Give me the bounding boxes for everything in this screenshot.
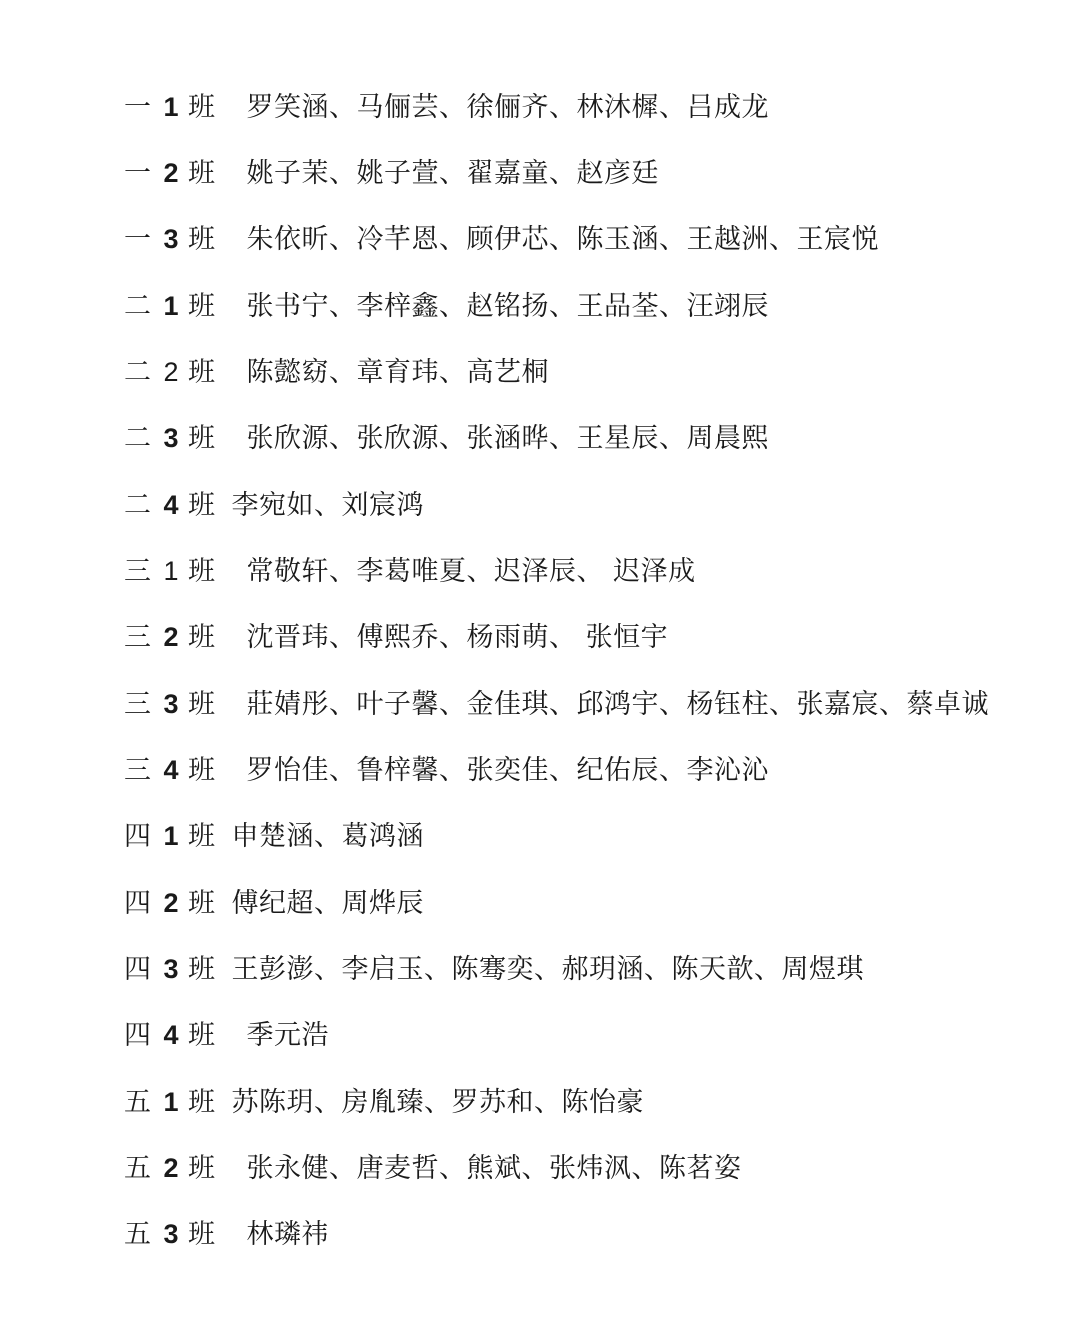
class-label: 三4班 (124, 748, 216, 787)
class-number: 1 (164, 821, 180, 852)
student-names: 张欣源、张欣源、张涵晔、王星辰、周晨熙 (247, 416, 770, 455)
grade: 四 (124, 881, 152, 920)
grade: 五 (124, 1146, 152, 1185)
class-label: 三2班 (124, 615, 216, 654)
class-label: 四4班 (124, 1013, 216, 1052)
class-suffix: 班 (188, 947, 216, 986)
class-suffix: 班 (188, 1013, 216, 1052)
class-number: 1 (164, 1087, 180, 1118)
student-names: 张书宁、李梓鑫、赵铭扬、王品荃、汪翊辰 (247, 284, 770, 323)
roster-row-g2-c3: 二3班 张欣源、张欣源、张涵晔、王星辰、周晨熙 (124, 415, 769, 455)
class-label: 四1班 (124, 814, 216, 853)
class-number: 2 (164, 1153, 180, 1184)
class-number: 3 (164, 423, 180, 454)
class-suffix: 班 (188, 350, 216, 389)
class-suffix: 班 (188, 217, 216, 256)
roster-row-g1-c3: 一3班 朱依昕、冷芊恩、顾伊芯、陈玉涵、王越洲、王宸悦 (124, 216, 879, 256)
class-label: 二3班 (124, 416, 216, 455)
student-names: 常敬轩、李葛唯夏、迟泽辰、 迟泽成 (247, 549, 696, 588)
class-suffix: 班 (188, 151, 216, 190)
student-names: 申楚涵、葛鸿涵 (232, 814, 425, 853)
grade: 三 (124, 682, 152, 721)
class-suffix: 班 (188, 814, 216, 853)
class-label: 一1班 (124, 85, 216, 124)
student-names: 季元浩 (247, 1013, 330, 1052)
class-number: 2 (164, 357, 180, 388)
student-names: 张永健、唐麦哲、熊斌、张炜沨、陈茗姿 (247, 1146, 742, 1185)
student-names: 罗怡佳、鲁梓馨、张奕佳、纪佑辰、李沁沁 (247, 748, 770, 787)
class-suffix: 班 (188, 416, 216, 455)
student-names: 罗笑涵、马俪芸、徐俪齐、林沐樨、吕成龙 (247, 85, 770, 124)
class-number: 2 (164, 158, 180, 189)
class-label: 一2班 (124, 151, 216, 190)
class-suffix: 班 (188, 85, 216, 124)
grade: 三 (124, 615, 152, 654)
class-label: 五3班 (124, 1212, 216, 1251)
class-suffix: 班 (188, 1146, 216, 1185)
class-number: 3 (164, 689, 180, 720)
student-names: 陈懿窈、章育玮、高艺桐 (247, 350, 550, 389)
student-names: 莊婧彤、叶子馨、金佳琪、邱鸿宇、杨钰柱、张嘉宸、蔡卓诚 (247, 682, 990, 721)
student-names: 苏陈玥、房胤臻、罗苏和、陈怡豪 (232, 1080, 645, 1119)
grade: 二 (124, 350, 152, 389)
class-label: 四3班 (124, 947, 216, 986)
class-number: 4 (164, 1020, 180, 1051)
grade: 二 (124, 483, 152, 522)
roster-row-g4-c2: 四2班 傅纪超、周烨辰 (124, 880, 424, 920)
class-label: 五1班 (124, 1080, 216, 1119)
grade: 二 (124, 284, 152, 323)
grade: 三 (124, 748, 152, 787)
student-names: 李宛如、刘宸鸿 (232, 483, 425, 522)
roster-row-g3-c2: 三2班 沈晋玮、傅熙乔、杨雨萌、 张恒宇 (124, 614, 668, 654)
class-suffix: 班 (188, 615, 216, 654)
roster-row-g1-c2: 一2班 姚子茉、姚子萱、翟嘉童、赵彦廷 (124, 150, 659, 190)
class-suffix: 班 (188, 483, 216, 522)
student-names: 姚子茉、姚子萱、翟嘉童、赵彦廷 (247, 151, 660, 190)
grade: 三 (124, 549, 152, 588)
class-suffix: 班 (188, 1080, 216, 1119)
grade: 一 (124, 217, 152, 256)
grade: 四 (124, 947, 152, 986)
grade: 一 (124, 85, 152, 124)
roster-row-g4-c3: 四3班 王彭澎、李启玉、陈骞奕、郝玥涵、陈天歆、周煜琪 (124, 946, 864, 986)
class-number: 1 (164, 92, 180, 123)
student-names: 朱依昕、冷芊恩、顾伊芯、陈玉涵、王越洲、王宸悦 (247, 217, 880, 256)
student-names: 王彭澎、李启玉、陈骞奕、郝玥涵、陈天歆、周煜琪 (232, 947, 865, 986)
class-number: 4 (164, 755, 180, 786)
class-suffix: 班 (188, 748, 216, 787)
class-suffix: 班 (188, 284, 216, 323)
roster-row-g2-c2: 二2班 陈懿窈、章育玮、高艺桐 (124, 349, 549, 389)
grade: 二 (124, 416, 152, 455)
grade: 五 (124, 1212, 152, 1251)
class-number: 2 (164, 622, 180, 653)
class-suffix: 班 (188, 1212, 216, 1251)
roster-row-g5-c2: 五2班 张永健、唐麦哲、熊斌、张炜沨、陈茗姿 (124, 1145, 742, 1185)
roster-row-g5-c1: 五1班 苏陈玥、房胤臻、罗苏和、陈怡豪 (124, 1079, 644, 1119)
grade: 五 (124, 1080, 152, 1119)
class-label: 二2班 (124, 350, 216, 389)
roster-row-g4-c4: 四4班 季元浩 (124, 1012, 329, 1052)
class-label: 二1班 (124, 284, 216, 323)
class-number: 3 (164, 1219, 180, 1250)
roster-row-g2-c1: 二1班 张书宁、李梓鑫、赵铭扬、王品荃、汪翊辰 (124, 283, 769, 323)
roster-row-g5-c3: 五3班 林璘祎 (124, 1211, 329, 1251)
class-label: 五2班 (124, 1146, 216, 1185)
roster-row-g3-c3: 三3班 莊婧彤、叶子馨、金佳琪、邱鸿宇、杨钰柱、张嘉宸、蔡卓诚 (124, 681, 989, 721)
class-label: 三1班 (124, 549, 216, 588)
class-label: 二4班 (124, 483, 216, 522)
grade: 一 (124, 151, 152, 190)
grade: 四 (124, 814, 152, 853)
class-suffix: 班 (188, 549, 216, 588)
roster-row-g3-c4: 三4班 罗怡佳、鲁梓馨、张奕佳、纪佑辰、李沁沁 (124, 747, 769, 787)
roster-row-g3-c1: 三1班 常敬轩、李葛唯夏、迟泽辰、 迟泽成 (124, 548, 696, 588)
grade: 四 (124, 1013, 152, 1052)
roster-row-g2-c4: 二4班 李宛如、刘宸鸿 (124, 482, 424, 522)
class-number: 2 (164, 888, 180, 919)
class-suffix: 班 (188, 682, 216, 721)
class-label: 三3班 (124, 682, 216, 721)
student-names: 傅纪超、周烨辰 (232, 881, 425, 920)
class-suffix: 班 (188, 881, 216, 920)
class-label: 一3班 (124, 217, 216, 256)
class-roster-document: 一1班 罗笑涵、马俪芸、徐俪齐、林沐樨、吕成龙 一2班 姚子茉、姚子萱、翟嘉童、… (0, 0, 1080, 1337)
class-number: 4 (164, 490, 180, 521)
roster-row-g4-c1: 四1班 申楚涵、葛鸿涵 (124, 813, 424, 853)
student-names: 沈晋玮、傅熙乔、杨雨萌、 张恒宇 (247, 615, 669, 654)
class-number: 1 (164, 556, 180, 587)
class-label: 四2班 (124, 881, 216, 920)
student-names: 林璘祎 (247, 1212, 330, 1251)
roster-row-g1-c1: 一1班 罗笑涵、马俪芸、徐俪齐、林沐樨、吕成龙 (124, 84, 769, 124)
class-number: 3 (164, 224, 180, 255)
class-number: 3 (164, 954, 180, 985)
class-number: 1 (164, 291, 180, 322)
